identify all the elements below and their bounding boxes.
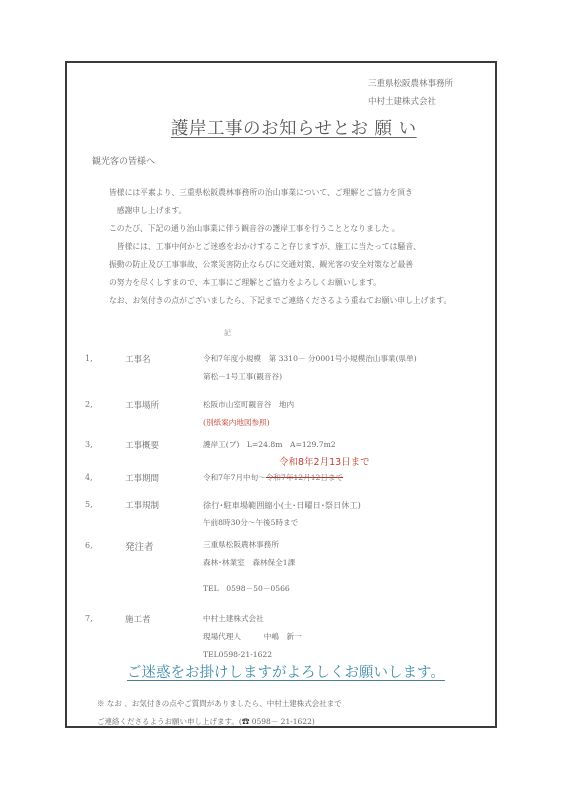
body-paragraph: 皆様には平素より、三重県松阪農林事務所の治山事業について、ご理解とご協力を頂き [109, 184, 413, 202]
body-paragraph: 振動の防止及び工事事故、公衆災害防止ならびに交通対策、観光客の安全対策など最善 [109, 256, 413, 274]
item-value: 護岸工(ブ) L=24.8m A=129.7m2 [203, 436, 336, 454]
period-start: 令和7年7月中旬～ [203, 473, 266, 482]
body-paragraph: 皆様には、工事中何かとご迷惑をおかけすること存じますが、施工に当たっては騒音、 [109, 238, 421, 256]
item-label-client: 発注者 [125, 539, 154, 553]
item-label-restrictions: 工事規制 [125, 499, 159, 511]
footer-note: ご連絡くださるようお願い申し上げます。(☎ 0598－ 21-1622) [97, 713, 315, 730]
item-value: 三重県松阪農林事務所 [203, 536, 279, 554]
footer-note-text: ご連絡くださるようお願い申し上げます。( [97, 717, 242, 726]
item-value: 令和7年7月中旬～令和7年12月12日まで [203, 469, 343, 487]
item-label-contractor: 施工者 [125, 613, 151, 625]
page-title: 護岸工事のお知らせとお 願 い [171, 115, 417, 140]
greeting: 観光客の皆様へ [92, 154, 155, 167]
item-value: 森林･林業室 森林保全1課 [203, 554, 295, 572]
item-number: 7, [85, 614, 93, 623]
item-value: 中村土建株式会社 [203, 610, 264, 628]
item-value: 現場代理人 中嶋 新一 [203, 628, 302, 646]
footer-note: ※ なお 、お気付きの点やご質問がありましたら、中村土建株式会社まで [97, 695, 342, 712]
closing-message: ご迷惑をお掛けしますがよろしくお願いします。 [127, 661, 445, 682]
body-paragraph: の努力を尽くしすまので、本工事にご理解とご協力をよろしくお願いします。 [109, 274, 381, 292]
item-value: 第松－1号工事(観音谷) [203, 368, 282, 386]
client-phone: TEL 0598－50－0566 [203, 580, 290, 598]
body-paragraph: なお、お気付きの点がございましたら、下記までご連絡くださるよう重ねてお願い申し上… [109, 292, 451, 310]
item-value: 徐行･駐車場範囲縮小(土･日曜日･祭日休工) [203, 496, 361, 514]
item-number: 3, [85, 440, 93, 449]
item-value: 午前8時30分～午後5時まで [203, 514, 298, 532]
revised-end-date: 令和8年2月13日まで [279, 454, 370, 468]
body-paragraph: このたび、下記の通り治山事業に伴う観音谷の護岸工事を行うこととなりました 。 [109, 220, 400, 238]
item-label-period: 工事期間 [125, 472, 159, 484]
notice-sheet: 三重県松阪農林事務所 中村土建株式会社 護岸工事のお知らせとお 願 い 観光客の… [65, 61, 497, 728]
map-reference-note: (別紙案内地図参照) [203, 414, 270, 432]
body-paragraph: 感謝申し上げます。 [109, 202, 186, 220]
item-number: 1, [85, 354, 93, 363]
struck-old-end-date: 令和7年12月12日まで [266, 473, 343, 482]
item-number: 6, [85, 541, 93, 550]
item-number: 5, [85, 500, 93, 509]
item-number: 2, [85, 400, 93, 409]
footer-phone: 0598－ 21-1622) [249, 717, 314, 726]
ki-marker: 記 [224, 328, 231, 338]
item-label-project-name: 工事名 [125, 353, 151, 365]
item-number: 4, [85, 473, 93, 482]
issuer-forestry-office: 三重県松阪農林事務所 [368, 75, 453, 93]
item-label-location: 工事場所 [125, 399, 159, 411]
item-value: 令和7年度小規模 第 3310－ 分0001号小規模治山事業(県単) [203, 350, 417, 368]
item-value: 松阪市山室町観音谷 地内 [203, 396, 294, 414]
issuer-contractor: 中村土建株式会社 [368, 93, 436, 111]
item-label-overview: 工事概要 [125, 439, 159, 451]
